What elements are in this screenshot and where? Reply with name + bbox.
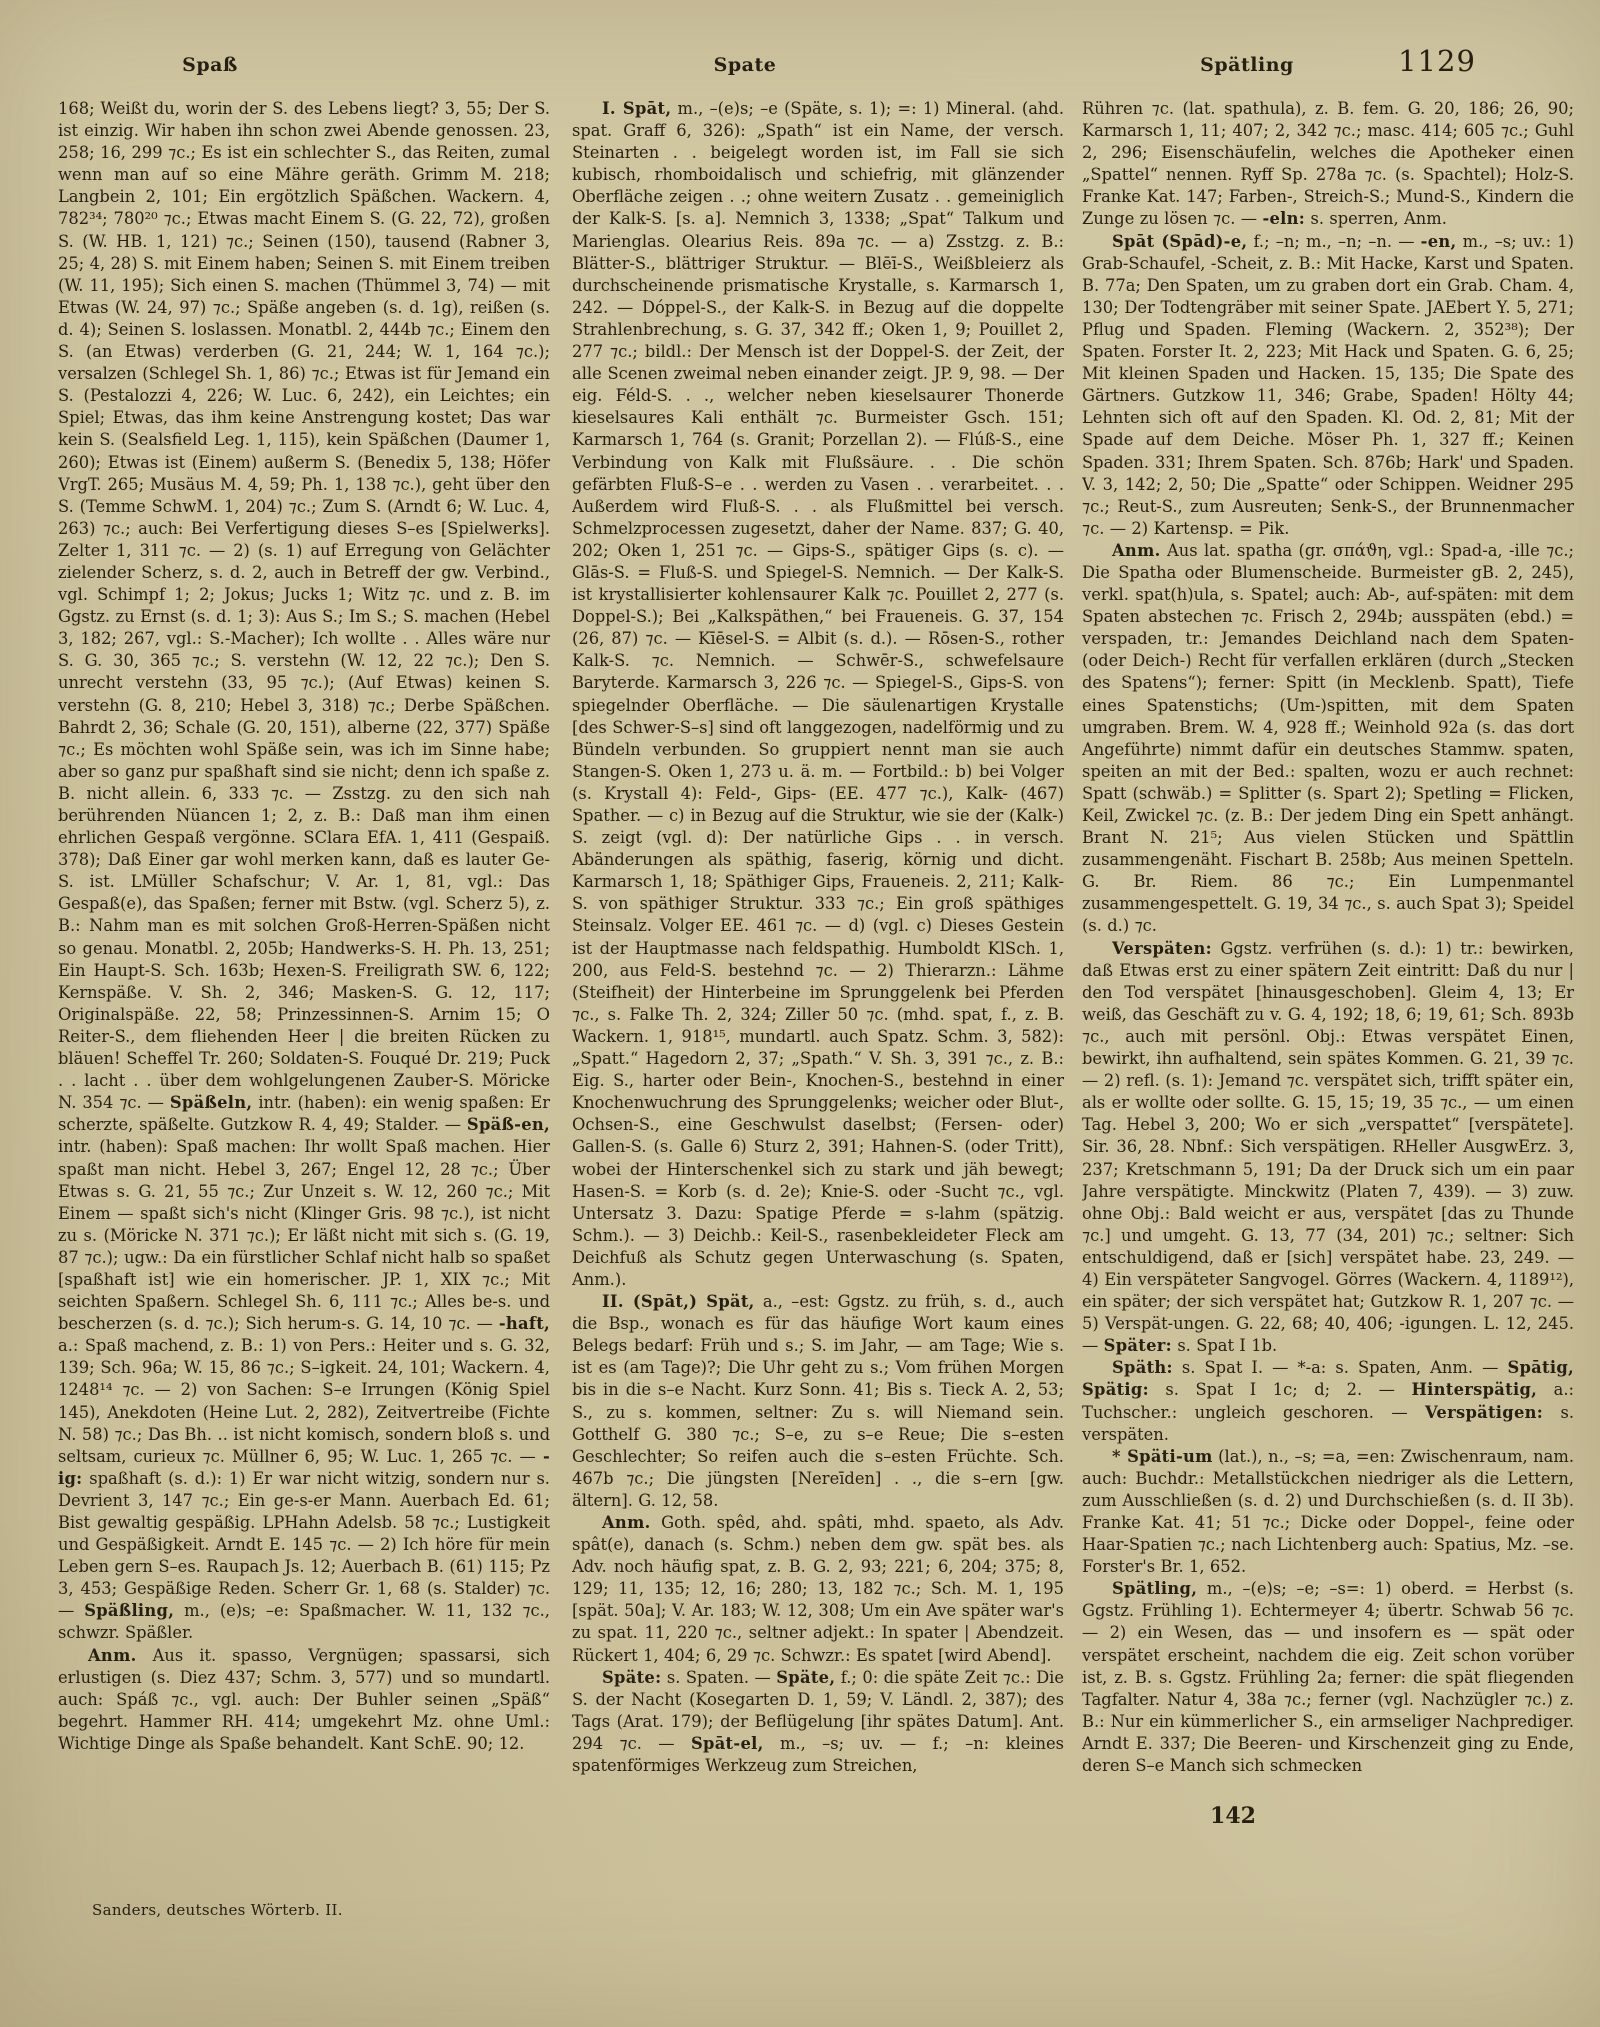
headword: -eln:: [1262, 209, 1305, 228]
text-run: spaßhaft (s. d.): 1) Er war nicht witzig…: [58, 1469, 550, 1621]
text-run: s. sperren, Anm.: [1305, 209, 1447, 228]
headword: I. Spāt,: [602, 99, 671, 118]
text-run: intr. (haben): Spaß machen: Ihr wollt Sp…: [58, 1137, 550, 1333]
text-run: Goth. spêd, ahd. spâti, mhd. spaeto, als…: [572, 1513, 1064, 1665]
text-run: m., –(e)s; –e; –s=: 1) oberd. = Herbst (…: [1082, 1579, 1574, 1775]
entry-paragraph: II. (Spāt,) Spät, a., –est: Ggstz. zu fr…: [572, 1291, 1064, 1512]
text-column-center: I. Spāt, m., –(e)s; –e (Späte, s. 1); =:…: [572, 98, 1064, 1884]
headword: Späß-en,: [467, 1115, 550, 1134]
text-run: a., –est: Ggstz. zu früh, s. d., auch di…: [572, 1292, 1064, 1510]
text-run: f.; –n; m., –n; –n. —: [1247, 232, 1420, 251]
entry-paragraph: 168; Weißt du, worin der S. des Lebens l…: [58, 98, 550, 1645]
annotation-label: Anm.: [88, 1646, 137, 1665]
entry-paragraph: Späte: s. Spaten. — Späte, f.; 0: die sp…: [572, 1667, 1064, 1777]
text-run: m., –(e)s; –e (Späte, s. 1); =: 1) Miner…: [572, 99, 1064, 1289]
annotation-label: Anm.: [1112, 541, 1161, 560]
headword: Verspätigen:: [1425, 1403, 1543, 1422]
headword: -en,: [1421, 232, 1457, 251]
running-head-center: Spate: [665, 54, 825, 76]
headword: Späth:: [1112, 1358, 1173, 1377]
annotation-label: Anm.: [602, 1513, 651, 1532]
text-run: Aus lat. spatha (gr. σπάϑη, vgl.: Spad-a…: [1082, 541, 1574, 936]
entry-paragraph: Späth: s. Spat I. — *-a: s. Spaten, Anm.…: [1082, 1357, 1574, 1445]
headword: Späte,: [776, 1668, 835, 1687]
sheet-number: 142: [1178, 1803, 1288, 1829]
headword: Hinterspätig,: [1411, 1380, 1537, 1399]
text-run: s. Spat I. — *-a: s. Spaten, Anm. —: [1173, 1358, 1508, 1377]
headword: Spāt-el,: [691, 1734, 764, 1753]
annotation-paragraph: Anm. Goth. spêd, ahd. spâti, mhd. spaeto…: [572, 1512, 1064, 1667]
running-head-left: Spaß: [130, 54, 290, 76]
text-run: a.: Spaß machend, z. B.: 1) von Pers.: H…: [58, 1336, 550, 1465]
annotation-paragraph: Anm. Aus lat. spatha (gr. σπάϑη, vgl.: S…: [1082, 540, 1574, 938]
page-number: 1129: [1382, 44, 1492, 78]
running-head-right: Spätling: [1167, 54, 1327, 76]
text-run: s. Spaten. —: [661, 1668, 776, 1687]
headword: -haft,: [499, 1314, 550, 1333]
entry-paragraph: Spāt (Spād)-e, f.; –n; m., –n; –n. — -en…: [1082, 231, 1574, 540]
text-run: (lat.), n., –s; =a, =en: Zwischenraum, n…: [1082, 1447, 1574, 1576]
text-column-right: Rühren ⁊c. (lat. spathula), z. B. fem. G…: [1082, 98, 1574, 1884]
text-column-left: 168; Weißt du, worin der S. des Lebens l…: [58, 98, 550, 1884]
entry-paragraph: Rühren ⁊c. (lat. spathula), z. B. fem. G…: [1082, 98, 1574, 231]
text-run: s. Spat I 1c; d; 2. —: [1149, 1380, 1412, 1399]
headword: Späßling,: [84, 1601, 174, 1620]
annotation-paragraph: Anm. Aus it. spasso, Vergnügen; spassars…: [58, 1645, 550, 1755]
entry-paragraph: * Späti-um (lat.), n., –s; =a, =en: Zwis…: [1082, 1446, 1574, 1579]
dictionary-page: Spaß Spate Spätling 1129 168; Weißt du, …: [0, 0, 1600, 2027]
headword: Späte:: [602, 1668, 661, 1687]
headword: * Späti-um: [1112, 1447, 1213, 1466]
headword: Verspäten:: [1112, 939, 1212, 958]
entry-paragraph: I. Spāt, m., –(e)s; –e (Späte, s. 1); =:…: [572, 98, 1064, 1291]
headword: Spāt (Spād)-e,: [1112, 232, 1247, 251]
text-run: m., –s; uv.: 1) Grab-Schaufel, -Scheit, …: [1082, 232, 1574, 538]
text-run: Ggstz. verfrühen (s. d.): 1) tr.: bewirk…: [1082, 939, 1574, 1356]
entry-paragraph: Verspäten: Ggstz. verfrühen (s. d.): 1) …: [1082, 938, 1574, 1358]
headword: Spätling,: [1112, 1579, 1197, 1598]
headword: II. (Spāt,) Spät,: [602, 1292, 755, 1311]
text-run: s. Spat I 1b.: [1172, 1336, 1277, 1355]
text-run: 168; Weißt du, worin der S. des Lebens l…: [58, 99, 550, 1112]
printer-signature: Sanders, deutsches Wörterb. II.: [92, 1901, 343, 1919]
headword: Späßeln,: [170, 1093, 253, 1112]
headword: Später:: [1104, 1336, 1172, 1355]
entry-paragraph: Spätling, m., –(e)s; –e; –s=: 1) oberd. …: [1082, 1578, 1574, 1777]
